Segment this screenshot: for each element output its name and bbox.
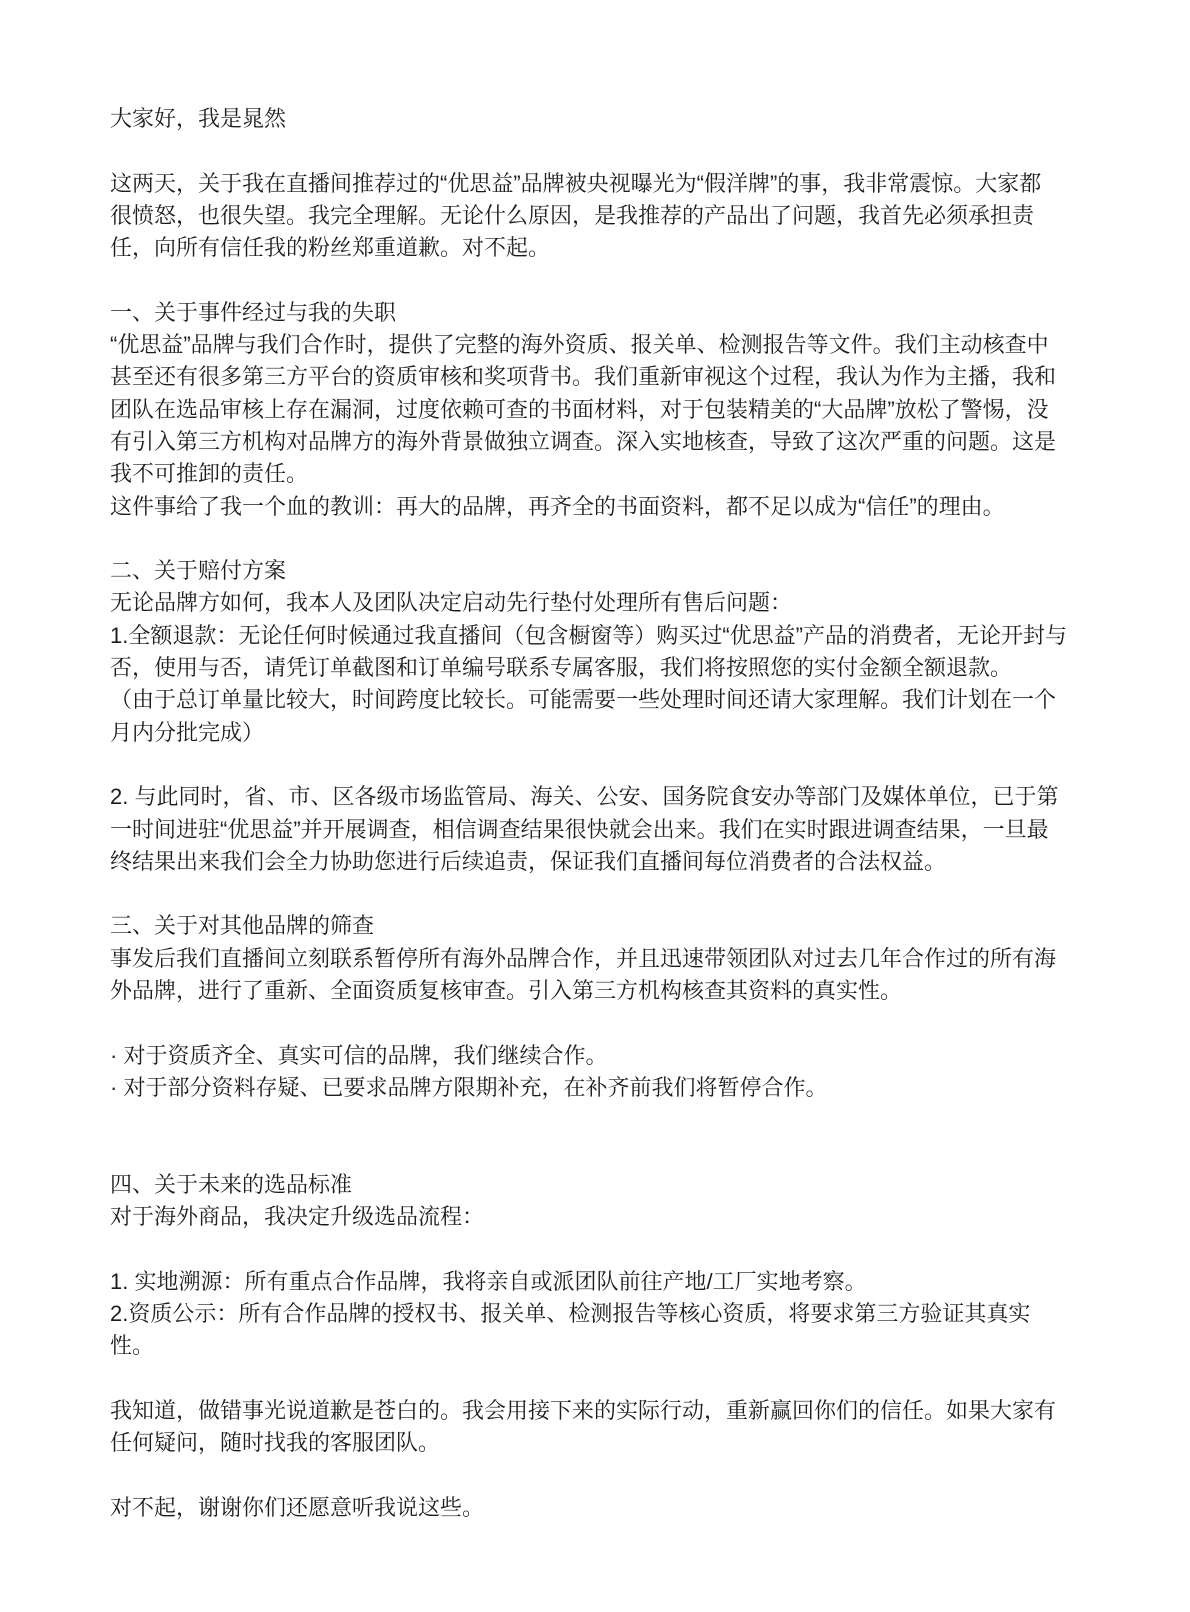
text-line: · 对于部分资料存疑、已要求品牌方限期补充，在补齐前我们将暂停合作。 <box>110 1072 1090 1104</box>
text-line: 1.全额退款：无论任何时候通过我直播间（包含橱窗等）购买过“优思益”产品的消费者… <box>110 620 1090 652</box>
greeting: 大家好，我是晁然 <box>110 103 1090 135</box>
letter-content: 大家好，我是晁然这两天，关于我在直播间推荐过的“优思益”品牌被央视曝光为“假洋牌… <box>110 103 1090 1524</box>
text-line: 终结果出来我们会全力协助您进行后续追责，保证我们直播间每位消费者的合法权益。 <box>110 846 1090 878</box>
text-line: 无论品牌方如何，我本人及团队决定启动先行垫付处理所有售后问题： <box>110 587 1090 619</box>
text-line: 外品牌，进行了重新、全面资质复核审查。引入第三方机构核查其资料的真实性。 <box>110 975 1090 1007</box>
text-line: 这两天，关于我在直播间推荐过的“优思益”品牌被央视曝光为“假洋牌”的事，我非常震… <box>110 168 1090 200</box>
text-line: 月内分批完成） <box>110 717 1090 749</box>
text-line: “优思益”品牌与我们合作时，提供了完整的海外资质、报关单、检测报告等文件。我们主… <box>110 329 1090 361</box>
apology-statement-page: 大家好，我是晁然这两天，关于我在直播间推荐过的“优思益”品牌被央视曝光为“假洋牌… <box>0 0 1190 1612</box>
text-line: 事发后我们直播间立刻联系暂停所有海外品牌合作，并且迅速带领团队对过去几年合作过的… <box>110 943 1090 975</box>
text-line: 甚至还有很多第三方平台的资质审核和奖项背书。我们重新审视这个过程，我认为作为主播… <box>110 361 1090 393</box>
text-line: 1. 实地溯源：所有重点合作品牌，我将亲自或派团队前往产地/工厂实地考察。 <box>110 1266 1090 1298</box>
section-4-items: 1. 实地溯源：所有重点合作品牌，我将亲自或派团队前往产地/工厂实地考察。2.资… <box>110 1266 1090 1363</box>
text-line: 我知道，做错事光说道歉是苍白的。我会用接下来的实际行动，重新赢回你们的信任。如果… <box>110 1395 1090 1427</box>
screening-bullets: · 对于资质齐全、真实可信的品牌，我们继续合作。· 对于部分资料存疑、已要求品牌… <box>110 1040 1090 1105</box>
text-line: 对不起，谢谢你们还愿意听我说这些。 <box>110 1492 1090 1524</box>
text-line: 性。 <box>110 1330 1090 1362</box>
text-line: 2. 与此同时，省、市、区各级市场监管局、海关、公安、国务院食安办等部门及媒体单… <box>110 781 1090 813</box>
text-line: 有引入第三方机构对品牌方的海外背景做独立调查。深入实地核查，导致了这次严重的问题… <box>110 426 1090 458</box>
text-line: 大家好，我是晁然 <box>110 103 1090 135</box>
text-line: 否，使用与否，请凭订单截图和订单编号联系专属客服，我们将按照您的实付金额全额退款… <box>110 652 1090 684</box>
section-1-incident-and-negligence: 一、关于事件经过与我的失职“优思益”品牌与我们合作时，提供了完整的海外资质、报关… <box>110 297 1090 523</box>
text-line: · 对于资质齐全、真实可信的品牌，我们继续合作。 <box>110 1040 1090 1072</box>
text-line: 对于海外商品，我决定升级选品流程： <box>110 1201 1090 1233</box>
text-line: 很愤怒，也很失望。我完全理解。无论什么原因，是我推荐的产品出了问题，我首先必须承… <box>110 200 1090 232</box>
text-line: 2.资质公示：所有合作品牌的授权书、报关单、检测报告等核心资质，将要求第三方验证… <box>110 1298 1090 1330</box>
text-line: 四、关于未来的选品标准 <box>110 1169 1090 1201</box>
final-apology: 对不起，谢谢你们还愿意听我说这些。 <box>110 1492 1090 1524</box>
text-line: 三、关于对其他品牌的筛查 <box>110 910 1090 942</box>
text-line: 任，向所有信任我的粉丝郑重道歉。对不起。 <box>110 232 1090 264</box>
text-line: 我不可推卸的责任。 <box>110 458 1090 490</box>
text-line: 这件事给了我一个血的教训：再大的品牌，再齐全的书面资料，都不足以成为“信任”的理… <box>110 491 1090 523</box>
section-2-item-2: 2. 与此同时，省、市、区各级市场监管局、海关、公安、国务院食安办等部门及媒体单… <box>110 781 1090 878</box>
closing-paragraph: 我知道，做错事光说道歉是苍白的。我会用接下来的实际行动，重新赢回你们的信任。如果… <box>110 1395 1090 1460</box>
text-line: （由于总订单量比较大，时间跨度比较长。可能需要一些处理时间还请大家理解。我们计划… <box>110 684 1090 716</box>
text-line: 一、关于事件经过与我的失职 <box>110 297 1090 329</box>
section-4-future-selection-standards: 四、关于未来的选品标准对于海外商品，我决定升级选品流程： <box>110 1169 1090 1234</box>
text-line: 二、关于赔付方案 <box>110 555 1090 587</box>
text-line: 一时间进驻“优思益”并开展调查，相信调查结果很快就会出来。我们在实时跟进调查结果… <box>110 814 1090 846</box>
text-line: 任何疑问，随时找我的客服团队。 <box>110 1427 1090 1459</box>
text-line: 团队在选品审核上存在漏洞，过度依赖可查的书面材料，对于包装精美的“大品牌”放松了… <box>110 394 1090 426</box>
section-3-brand-screening: 三、关于对其他品牌的筛查事发后我们直播间立刻联系暂停所有海外品牌合作，并且迅速带… <box>110 910 1090 1007</box>
section-2-compensation-plan: 二、关于赔付方案无论品牌方如何，我本人及团队决定启动先行垫付处理所有售后问题：1… <box>110 555 1090 749</box>
opening-paragraph: 这两天，关于我在直播间推荐过的“优思益”品牌被央视曝光为“假洋牌”的事，我非常震… <box>110 168 1090 265</box>
